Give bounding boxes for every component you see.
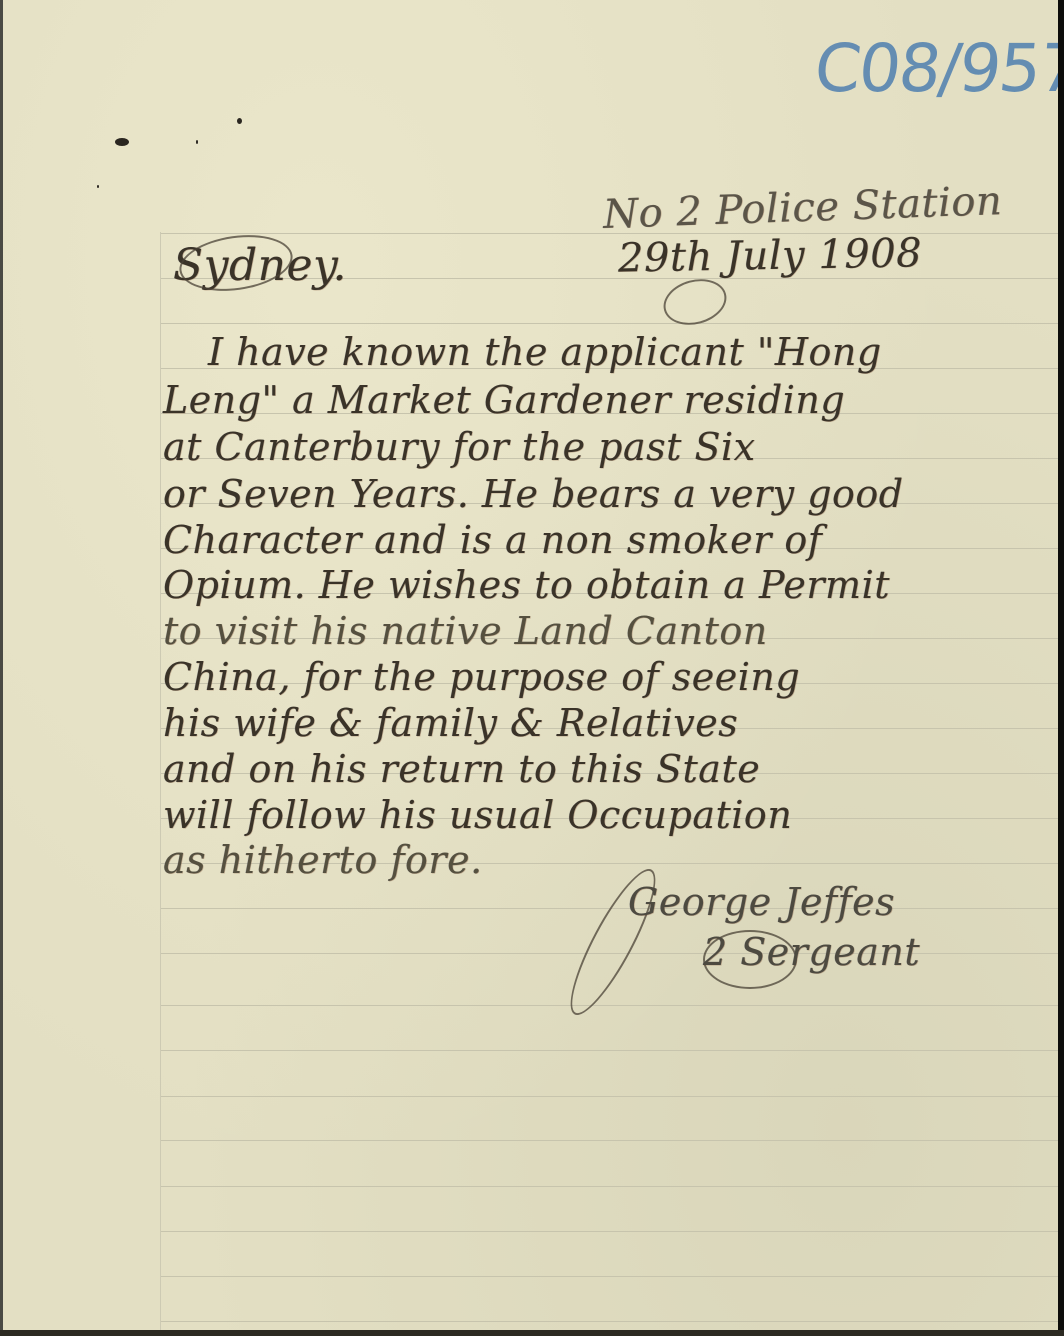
signature-name: George Jeffes: [628, 880, 895, 924]
body-line: will follow his usual Occupation: [163, 793, 792, 837]
body-line: and on his return to this State: [163, 747, 760, 791]
body-line: Leng" a Market Gardener residing: [163, 378, 845, 422]
ruled-line: [160, 1276, 1058, 1277]
margin-line: [160, 232, 161, 1330]
body-line: Character and is a non smoker of: [163, 518, 822, 562]
ruled-line: [160, 1140, 1058, 1141]
paper-blemish: [237, 118, 242, 124]
body-line: as hitherto fore.: [163, 838, 483, 882]
ruled-line: [160, 1321, 1058, 1322]
signature-rank: 2 Sergeant: [703, 930, 920, 974]
ruled-line: [160, 323, 1058, 324]
ruled-line: [160, 1050, 1058, 1051]
body-line: I have known the applicant "Hong: [208, 330, 882, 374]
reference-number: C08/957: [811, 30, 1058, 107]
body-line: Opium. He wishes to obtain a Permit: [163, 563, 890, 607]
ruled-line: [160, 1096, 1058, 1097]
body-line: his wife & family & Relatives: [163, 701, 738, 745]
body-line: to visit his native Land Canton: [163, 609, 768, 653]
ruled-line: [160, 1186, 1058, 1187]
letter-page: C08/957 No 2 Police Station Sydney. 29th…: [0, 0, 1058, 1330]
ruled-line: [160, 1005, 1058, 1006]
body-line: China, for the purpose of seeing: [163, 655, 800, 699]
letter-date: 29th July 1908: [618, 230, 923, 281]
paper-blemish: [196, 140, 198, 144]
paper-blemish: [97, 185, 99, 188]
body-line: at Canterbury for the past Six: [163, 425, 756, 469]
scan-edge-right: [1058, 0, 1064, 1336]
ruled-line: [160, 1231, 1058, 1232]
paper-blemish: [115, 138, 129, 146]
station-heading: No 2 Police Station: [602, 178, 1003, 238]
scan-edge-bottom: [0, 1330, 1064, 1336]
body-line: or Seven Years. He bears a very good: [163, 472, 904, 516]
